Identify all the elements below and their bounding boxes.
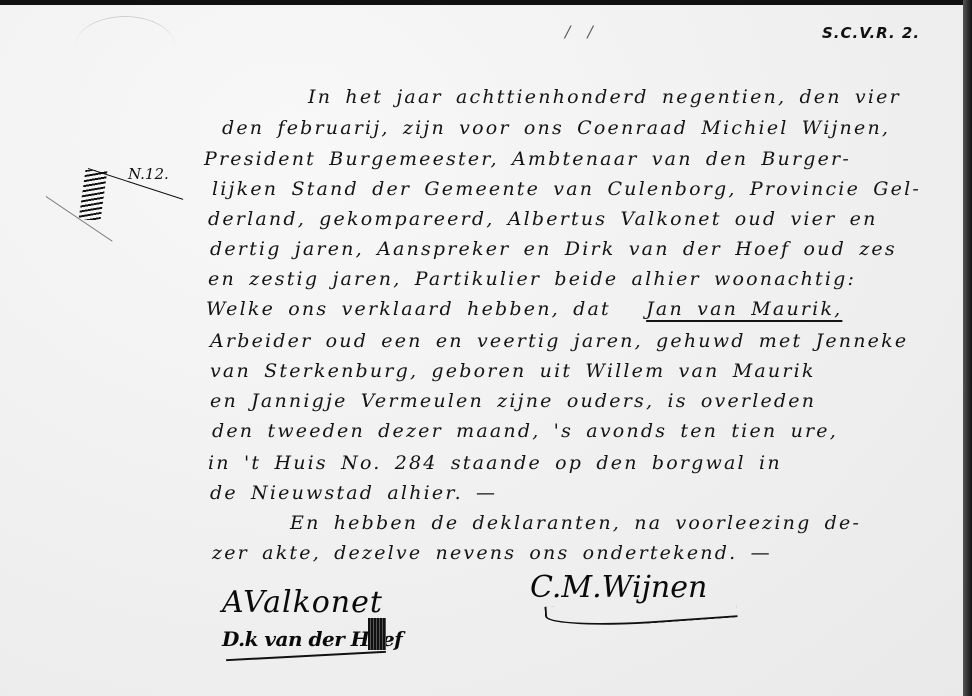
signature-ink-blot	[368, 618, 386, 650]
page-right-edge	[963, 0, 972, 696]
text-line-12: den tweeden dezer maand, 's avonds ten t…	[212, 420, 838, 442]
top-tick-marks: / /	[565, 22, 599, 41]
text-line-8-prefix: Welke ons verklaard hebben, dat	[206, 298, 611, 320]
signature-valkonet: AValkonet	[222, 585, 383, 620]
margin-scribble-mark	[78, 170, 107, 220]
deceased-name: Jan van Maurik,	[646, 298, 842, 320]
reference-code: S.C.V.R. 2.	[822, 24, 920, 42]
text-line-14: de Nieuwstad alhier. —	[210, 482, 497, 504]
text-line-15: En hebben de deklaranten, na voorleezing…	[290, 512, 861, 534]
text-line-13: in 't Huis No. 284 staande op den borgwa…	[208, 452, 782, 474]
text-line-6: dertig jaren, Aanspreker en Dirk van der…	[210, 238, 897, 260]
text-line-5: derland, gekompareerd, Albertus Valkonet…	[208, 208, 878, 230]
text-line-10: van Sterkenburg, geboren uit Willem van …	[210, 360, 816, 382]
signature-van-der-hoef-underline	[226, 651, 386, 661]
text-line-16: zer akte, dezelve nevens ons ondertekend…	[212, 542, 772, 564]
text-line-11: en Jannigje Vermeulen zijne ouders, is o…	[210, 390, 816, 412]
text-line-2: den februarij, zijn voor ons Coenraad Mi…	[222, 117, 890, 139]
document-page: / / S.C.V.R. 2. N.12. In het jaar achtti…	[0, 0, 972, 696]
text-line-4: lijken Stand der Gemeente van Culenborg,…	[212, 178, 921, 200]
paper-fold-mark	[75, 16, 175, 77]
text-line-9: Arbeider oud een en veertig jaren, gehuw…	[210, 330, 908, 352]
text-line-1: In het jaar achttienhonderd negentien, d…	[308, 86, 901, 108]
entry-number: N.12.	[128, 165, 169, 183]
page-top-edge	[0, 0, 972, 5]
text-line-8: Welke ons verklaard hebben, dat Jan van …	[206, 298, 842, 320]
text-line-7: en zestig jaren, Partikulier beide alhie…	[208, 268, 856, 290]
text-line-3: President Burgemeester, Ambtenaar van de…	[204, 148, 851, 170]
